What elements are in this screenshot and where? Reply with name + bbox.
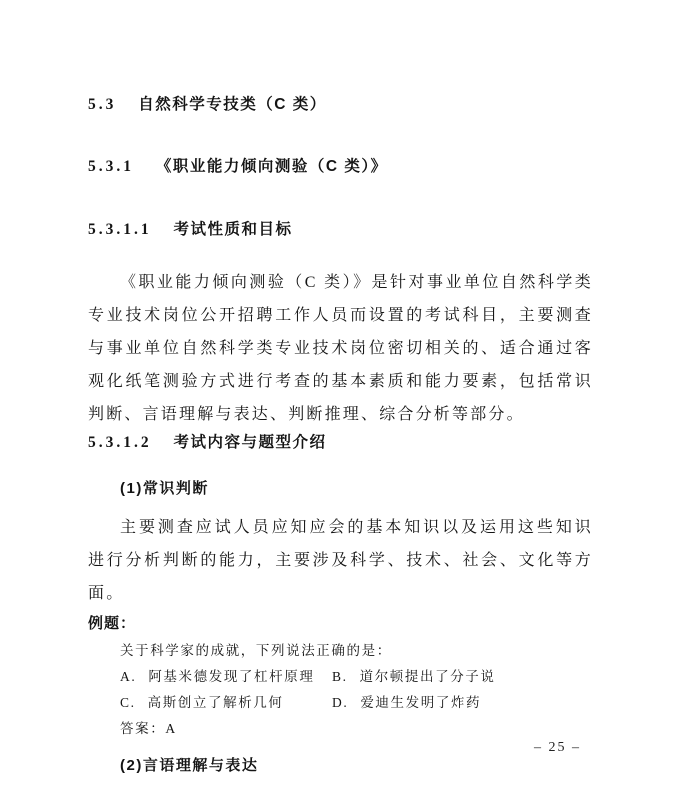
heading-5-3-1-1: 5.3.1.1 考试性质和目标 xyxy=(88,220,593,240)
options-grid: A.阿基米德发现了杠杆原理 B.道尔顿提出了分子说 C.高斯创立了解析几何 D.… xyxy=(120,664,593,716)
option-a: A.阿基米德发现了杠杆原理 xyxy=(120,664,332,690)
option-b: B.道尔顿提出了分子说 xyxy=(332,664,593,690)
page-number: – 25 – xyxy=(534,740,581,756)
example-block: 关于科学家的成就，下列说法正确的是： A.阿基米德发现了杠杆原理 B.道尔顿提出… xyxy=(88,638,593,742)
option-c-text: 高斯创立了解析几何 xyxy=(148,695,284,710)
intro-paragraph: 《职业能力倾向测验（C 类）》是针对事业单位自然科学类专业技术岗位公开招聘工作人… xyxy=(88,266,593,431)
heading-5-3: 5.3 自然科学专技类（C 类） xyxy=(88,95,593,115)
heading-title: 考试内容与题型介绍 xyxy=(173,434,326,451)
heading-number: 5.3.1 xyxy=(88,158,134,175)
option-b-text: 道尔顿提出了分子说 xyxy=(360,669,496,684)
option-a-text: 阿基米德发现了杠杆原理 xyxy=(148,669,314,684)
section1-title: (1)常识判断 xyxy=(88,479,593,499)
answer-value: A xyxy=(165,721,176,736)
option-d: D.爱迪生发明了炸药 xyxy=(332,690,593,716)
answer-label: 答案： xyxy=(120,721,165,736)
heading-number: 5.3 xyxy=(88,96,116,113)
heading-title: 自然科学专技类（C 类） xyxy=(138,96,327,113)
option-d-label: D. xyxy=(332,695,348,710)
example-question: 关于科学家的成就，下列说法正确的是： xyxy=(120,638,593,664)
heading-number: 5.3.1.2 xyxy=(88,434,152,451)
example-answer: 答案：A xyxy=(120,716,593,742)
section2-title: (2)言语理解与表达 xyxy=(88,756,593,776)
option-c-label: C. xyxy=(120,695,136,710)
heading-title: 考试性质和目标 xyxy=(173,221,292,238)
heading-number: 5.3.1.1 xyxy=(88,221,152,238)
section1-paragraph: 主要测查应试人员应知应会的基本知识以及运用这些知识进行分析判断的能力，主要涉及科… xyxy=(88,511,593,610)
page-content: 5.3 自然科学专技类（C 类） 5.3.1 《职业能力倾向测验（C 类）》 5… xyxy=(88,95,593,788)
option-a-label: A. xyxy=(120,669,136,684)
heading-5-3-1-2: 5.3.1.2 考试内容与题型介绍 xyxy=(88,433,593,453)
option-d-text: 爱迪生发明了炸药 xyxy=(360,695,481,710)
document-page: 5.3 自然科学专技类（C 类） 5.3.1 《职业能力倾向测验（C 类）》 5… xyxy=(0,0,681,799)
option-c: C.高斯创立了解析几何 xyxy=(120,690,332,716)
option-b-label: B. xyxy=(332,669,348,684)
heading-5-3-1: 5.3.1 《职业能力倾向测验（C 类）》 xyxy=(88,157,593,177)
heading-title: 《职业能力倾向测验（C 类）》 xyxy=(156,158,388,175)
example-label: 例题： xyxy=(88,612,593,636)
